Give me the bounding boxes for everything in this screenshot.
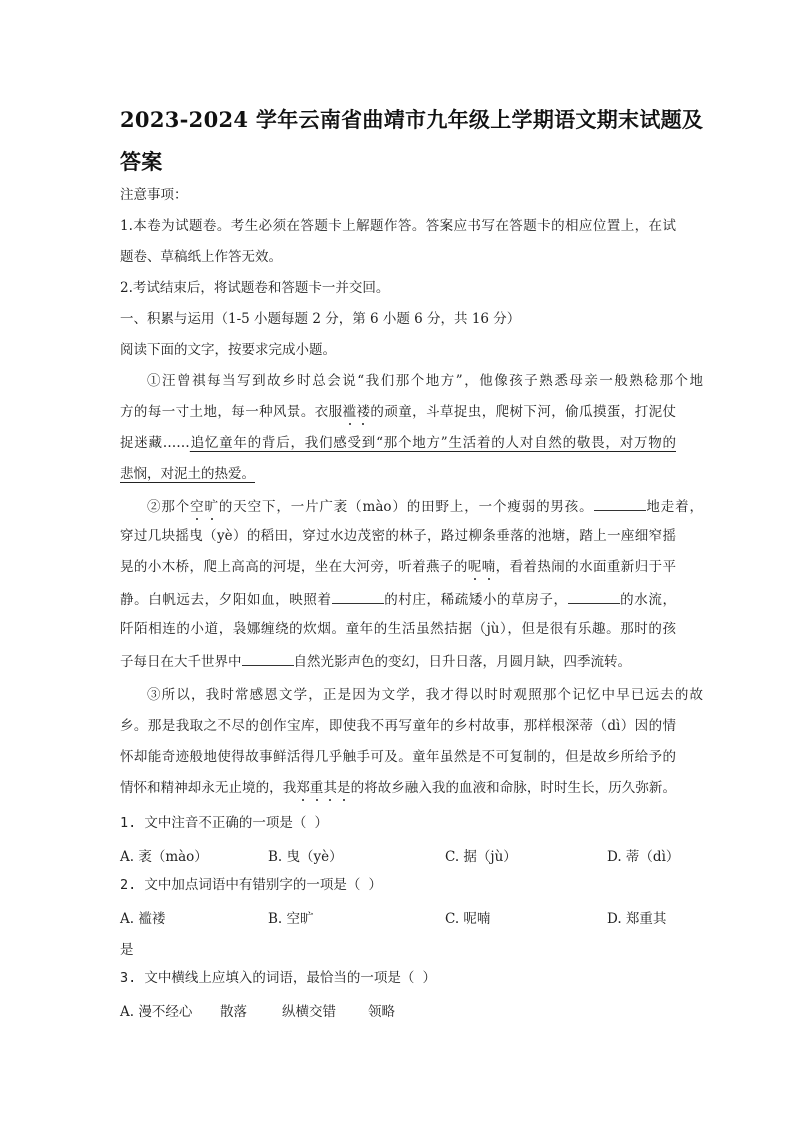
question-1-option-a: A. 袤（mào） — [120, 845, 208, 865]
question-1-option-b: B. 曳（yè） — [268, 845, 343, 865]
text-span: 的将故乡融入我的血液和命脉，时时生长，历久弥新。 — [351, 780, 676, 796]
dotted-char: 旷 — [204, 499, 218, 515]
passage-p1-line4: 悲悯，对泥土的热爱。 — [120, 465, 676, 483]
question-3-option-a-word3: 纵横交错 — [282, 1000, 336, 1020]
dotted-char: 喃 — [482, 559, 496, 575]
question-2-option-c: C. 呢喃 — [445, 907, 490, 927]
question-1-option-c: C. 据（jù） — [445, 845, 517, 865]
text-span: 方的每一寸土地，每一种风景。衣服 — [120, 404, 343, 420]
question-1-stem: 1. 文中注音不正确的一项是（ ） — [120, 814, 676, 832]
passage-p2-line4: 静。白帆远去，夕阳如血，映照着的村庄，稀疏矮小的草房子，的水流， — [120, 589, 676, 609]
fill-blank-1 — [594, 496, 646, 511]
passage-p3-line3: 怀却能奇迹般地使得故事鲜活得几乎触手可及。童年虽然是不可复制的，但是故乡所给予的 — [120, 748, 676, 766]
passage-p2-line6: 子每日在大千世界中自然光影声色的变幻，日升日落，月圆月缺，四季流转。 — [120, 651, 676, 671]
fill-blank-3 — [568, 589, 620, 604]
text-span: ②那个 — [147, 499, 190, 515]
text-span: ，看着热闹的水面重新归于平 — [496, 559, 676, 575]
passage-p1-line2: 方的每一寸土地，每一种风景。衣服褴褛的顽童，斗草捉虫，爬树下河，偷瓜摸蛋，打泥仗 — [120, 403, 676, 421]
question-2-option-d: D. 郑重其 — [607, 907, 666, 927]
text-span: 晃的小木桥，爬上高高的河堤，坐在大河旁，听着燕子的 — [120, 559, 468, 575]
text-span: 子每日在大千世界中 — [120, 654, 242, 670]
dotted-char: 其 — [323, 780, 337, 796]
question-2-option-a: A. 褴褛 — [120, 907, 165, 927]
dotted-char: 郑 — [296, 780, 310, 796]
text-span: 的水流， — [620, 592, 676, 608]
section-heading: 一、积累与运用（1-5 小题每题 2 分，第 6 小题 6 分，共 16 分） — [120, 310, 676, 328]
section-instruction: 阅读下面的文字，按要求完成小题。 — [120, 341, 676, 359]
text-span: 的顽童，斗草捉虫，爬树下河，偷瓜摸蛋，打泥仗 — [370, 404, 676, 420]
passage-p2-line3: 晃的小木桥，爬上高高的河堤，坐在大河旁，听着燕子的呢喃，看着热闹的水面重新归于平 — [120, 558, 676, 576]
passage-p3-line1: ③所以，我时常感恩文学，正是因为文学，我才得以时时观照那个记忆中早已远去的故 — [120, 686, 703, 704]
text-span: 情怀和精神却永无止境的，我 — [120, 780, 296, 796]
notice-item-2: 2.考试结束后，将试题卷和答题卡一并交回。 — [120, 279, 676, 297]
notice-item-1-cont: 题卷、草稿纸上作答无效。 — [120, 248, 676, 266]
text-span: 的村庄，稀疏矮小的草房子， — [384, 592, 568, 608]
text-span: 的天空下，一片广袤（mào）的田野上，一个瘦弱的男孩。 — [219, 499, 594, 515]
passage-p2-line2: 穿过几块摇曳（yè）的稻田，穿过水边茂密的林子，路过柳条垂落的池塘，踏上一座细窄… — [120, 527, 676, 545]
dotted-char: 是 — [337, 780, 351, 796]
dotted-char: 空 — [190, 499, 204, 515]
document-title-line1: 2023-2024 学年云南省曲靖市九年级上学期语文期末试题及 — [120, 104, 703, 134]
question-2-stem: 2. 文中加点词语中有错别字的一项是（ ） — [120, 876, 676, 894]
question-3-option-a-word4: 领略 — [368, 1000, 395, 1020]
fill-blank-4 — [242, 651, 294, 666]
document-title-line2: 答案 — [120, 146, 163, 176]
text-span: 自然光影声色的变幻，日升日落，月圆月缺，四季流转。 — [294, 654, 632, 670]
fill-blank-2 — [332, 589, 384, 604]
passage-p3-line2: 乡。那是我取之不尽的创作宝库，即使我不再写童年的乡村故事，那样根深蒂（dì）因的… — [120, 717, 676, 735]
question-2-option-b: B. 空旷 — [268, 907, 314, 927]
question-1-option-d: D. 蒂（dì） — [607, 845, 679, 865]
passage-p2-line5: 阡陌相连的小道，袅娜缠绕的炊烟。童年的生活虽然拮据（jù），但是很有乐趣。那时的… — [120, 620, 676, 638]
passage-p1-line3: 捉迷藏……追忆童年的背后，我们感受到“那个地方”生活着的人对自然的敬畏，对万物的 — [120, 434, 676, 452]
notice-heading: 注意事项： — [120, 186, 676, 204]
passage-p1-line1: ①汪曾祺每当写到故乡时总会说“我们那个地方”，他像孩子熟悉母亲一般熟稔那个地 — [120, 372, 703, 390]
question-3-option-a: A. 漫不经心 — [120, 1000, 192, 1020]
text-span: 地走着， — [646, 499, 703, 515]
passage-p3-line4: 情怀和精神却永无止境的，我郑重其是的将故乡融入我的血液和命脉，时时生长，历久弥新… — [120, 779, 676, 797]
question-2-option-d-overflow: 是 — [120, 938, 134, 958]
text-span: 静。白帆远去，夕阳如血，映照着 — [120, 592, 332, 608]
passage-p2-line1: ②那个空旷的天空下，一片广袤（mào）的田野上，一个瘦弱的男孩。地走着， — [120, 496, 703, 516]
notice-item-1: 1.本卷为试题卷。考生必须在答题卡上解题作答。答案应书写在答题卡的相应位置上，在… — [120, 217, 676, 235]
dotted-char: 呢 — [468, 559, 482, 575]
question-3-stem: 3. 文中横线上应填入的词语，最恰当的一项是（ ） — [120, 969, 676, 987]
dotted-char: 褴 — [343, 404, 357, 420]
text-span: 捉迷藏…… — [120, 435, 190, 451]
question-3-option-a-word2: 散落 — [220, 1000, 247, 1020]
dotted-char: 重 — [310, 780, 324, 796]
underlined-sentence-end: 悲悯，对泥土的热爱。 — [120, 466, 255, 482]
underlined-sentence: 追忆童年的背后，我们感受到“那个地方”生活着的人对自然的敬畏，对万物的 — [190, 435, 676, 451]
dotted-char: 褛 — [357, 404, 371, 420]
